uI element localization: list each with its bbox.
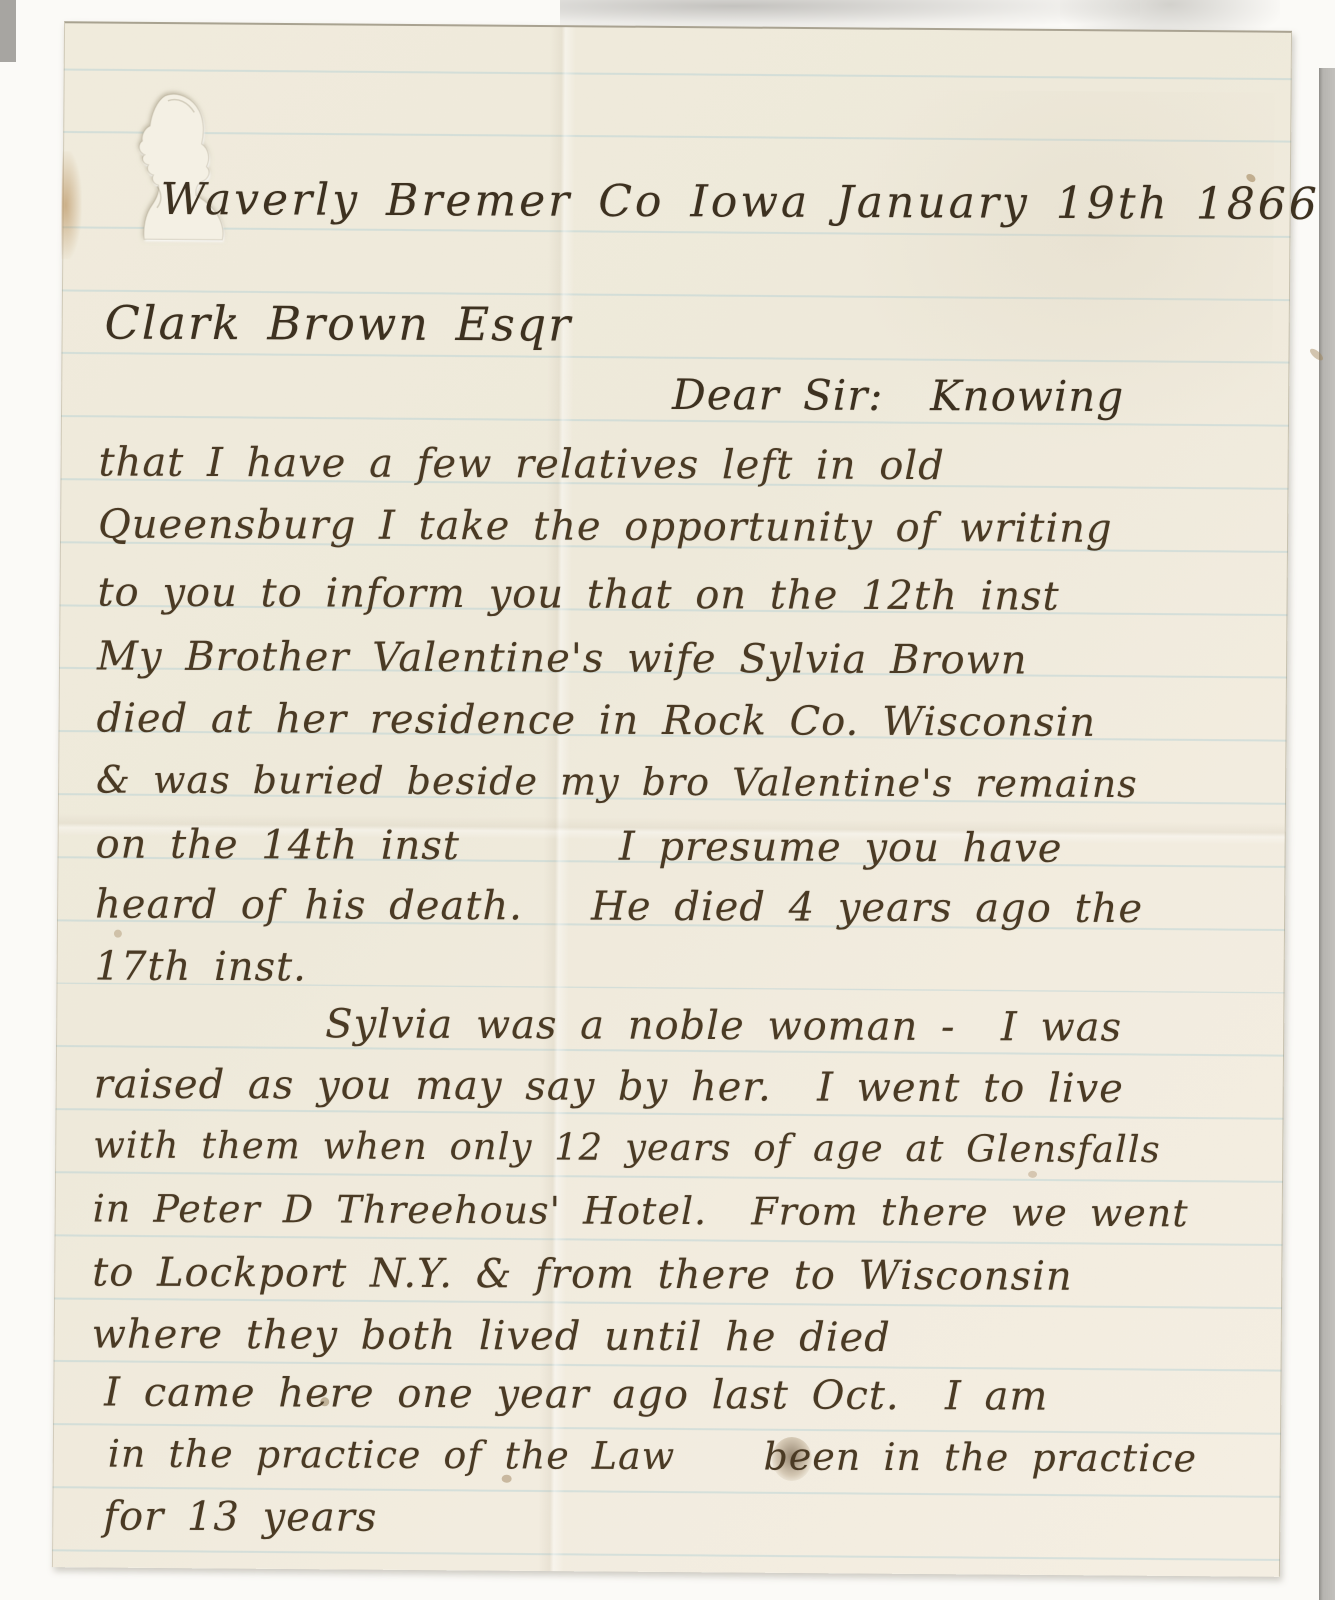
- dateline: Waverly Bremer Co Iowa January 19th 1866: [160, 174, 1319, 230]
- letter-line: with them when only 12 years of age at G…: [93, 1123, 1161, 1171]
- letter-sheet: Waverly Bremer Co Iowa January 19th 1866…: [52, 21, 1292, 1577]
- letter-line: to you to inform you that on the 12th in…: [97, 569, 1059, 619]
- letter-line: raised as you may say by her. I went to …: [94, 1061, 1124, 1111]
- letter-line: My Brother Valentine's wife Sylvia Brown: [97, 633, 1028, 683]
- edge-stain: [61, 151, 82, 259]
- letter-line: in Peter D Threehous' Hotel. From there …: [93, 1186, 1189, 1235]
- scanner-corner-shadow: [0, 0, 16, 62]
- letter-line: 17th inst.: [94, 943, 307, 990]
- letter-line: Sylvia was a noble woman - I was: [325, 1001, 1122, 1050]
- letter-line: where they both lived until he died: [92, 1311, 891, 1360]
- letter-line: Queensburg I take the opportunity of wri…: [98, 501, 1113, 551]
- letter-line: I came here one year ago last Oct. I am: [104, 1370, 1048, 1420]
- paper-speck: [1028, 1171, 1037, 1178]
- letter-line: for 13 years: [103, 1494, 377, 1541]
- letter-line: on the 14th inst I presume you have: [95, 821, 1062, 871]
- letter-line: that I have a few relatives left in old: [98, 439, 944, 489]
- letter-scan: Waverly Bremer Co Iowa January 19th 1866…: [0, 0, 1335, 1600]
- letter-line: to Lockport N.Y. & from there to Wiscons…: [92, 1249, 1073, 1299]
- recipient-line: Clark Brown Esqr: [105, 296, 573, 352]
- scanner-edge-strip: [1319, 68, 1335, 1600]
- paper-speck: [114, 930, 122, 938]
- letter-line: in the practice of the Law been in the p…: [108, 1432, 1197, 1481]
- letter-line: died at her residence in Rock Co. Wiscon…: [96, 695, 1096, 745]
- letter-line: heard of his death. He died 4 years ago …: [95, 881, 1143, 932]
- salutation: Dear Sir: Knowing: [672, 370, 1124, 421]
- letter-line: & was buried beside my bro Valentine's r…: [96, 757, 1138, 806]
